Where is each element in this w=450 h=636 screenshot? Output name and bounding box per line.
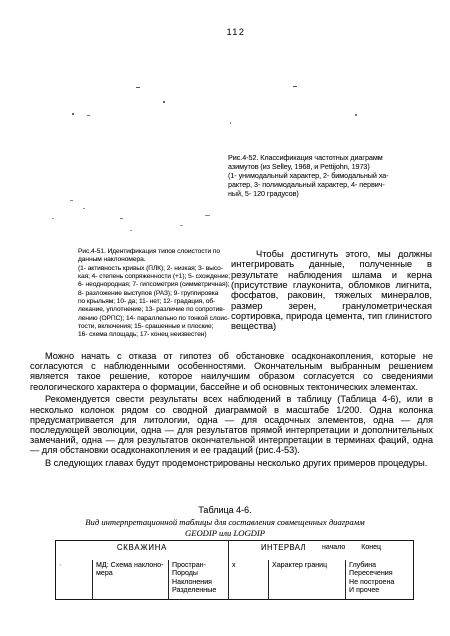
scan-artifact (130, 230, 132, 231)
paragraph-3: В следующих главах будут продемонстриров… (30, 458, 433, 468)
scan-artifact (72, 113, 74, 115)
table-header-interval-end: Конец (361, 544, 381, 553)
scan-artifact (70, 200, 73, 201)
table-header-interval-label: ИНТЕРВАЛ (261, 544, 306, 553)
table-title: Таблица 4-6. (0, 505, 450, 515)
table-header-interval-start: начало (322, 544, 345, 553)
scan-artifact (163, 101, 165, 103)
scan-artifact (205, 215, 210, 216)
figure-caption-4-52: Рис.4-52. Классификация частотных диагра… (228, 154, 424, 199)
scan-artifact (52, 218, 54, 219)
cell-character: Характер границ (269, 560, 346, 600)
table-subtitle-line1: Вид интерпретационной таблицы для состав… (0, 517, 450, 528)
scan-artifact (136, 87, 140, 88)
cell-scheme: МД: Схема наклоно- мера (93, 560, 169, 600)
scan-artifact (293, 86, 297, 87)
scan-artifact (230, 122, 231, 124)
interpretation-table: СКВАЖИНА ИНТЕРВАЛ начало Конец · МД: Схе… (55, 540, 414, 600)
cell-number: · (56, 560, 93, 600)
scanned-page: 112 Рис.4-52. Классификация частотных ди… (0, 0, 450, 636)
paragraph-2: Рекомендуется свести результаты всех наб… (30, 394, 433, 455)
column-body-text: Чтобы достигнуть этого, мы должны интегр… (231, 249, 432, 332)
table-subtitle-line2: GEODIP или LOGDIP (0, 528, 450, 539)
paragraph-1: Можно начать с отказа от гипотез об обст… (30, 351, 433, 392)
figure-caption-4-51: Рис.4-51. Идентификация типов слоистости… (78, 248, 236, 340)
cell-depth: Глубина Пересечения Не построена И проче… (346, 560, 414, 600)
table-header-interval: ИНТЕРВАЛ начало Конец (229, 541, 414, 560)
table-row: · МД: Схема наклоно- мера Простран- Поро… (56, 560, 414, 600)
main-text-block: Можно начать с отказа от гипотез об обст… (30, 351, 433, 468)
cell-programs: Простран- Породы Наклонения Разделенные (169, 560, 229, 600)
scan-artifact (87, 115, 90, 116)
table-header-well: СКВАЖИНА (56, 541, 229, 560)
cell-mark: х (229, 560, 269, 600)
table-subtitle: Вид интерпретационной таблицы для состав… (0, 517, 450, 538)
table-header-row: СКВАЖИНА ИНТЕРВАЛ начало Конец (56, 541, 414, 560)
scan-artifact (180, 225, 183, 226)
page-number: 112 (11, 27, 450, 37)
scan-artifact (83, 208, 85, 209)
scan-artifact (120, 218, 123, 219)
scan-artifact (355, 114, 357, 116)
